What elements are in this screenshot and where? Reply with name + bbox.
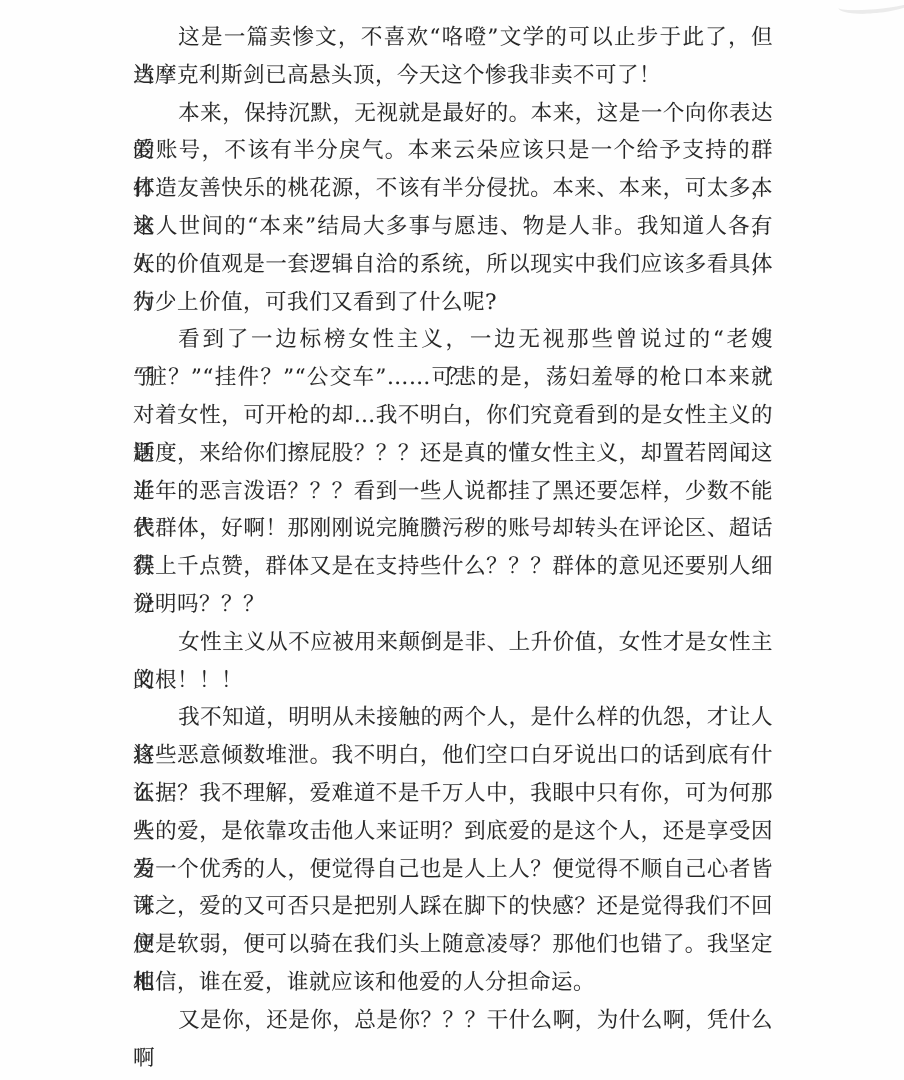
photo-smudge-artifact xyxy=(837,0,904,16)
text-line: 为少上价值，可我们又看到了什么呢? xyxy=(133,284,773,322)
text-line: 人的爱，是依靠攻击他人来证明？到底爱的是这个人，还是享受因为 xyxy=(133,813,773,851)
text-line: 打造友善快乐的桃花源，不该有半分侵扰。本来、本来，可太多本来， xyxy=(133,170,773,208)
text-line: 得上千点赞，群体又是在支持些什么？？？群体的意见还要别人细说 xyxy=(133,548,773,586)
essay-text-block: 这是一篇卖惨文，不喜欢“咯噔”文学的可以止步于此了，但当达摩克利斯剑已高悬头顶，… xyxy=(133,19,773,1040)
text-line: 这些恶意倾数堆泄。我不明白，他们空口白牙说出口的话到底有什么 xyxy=(133,737,773,775)
text-line: 我不知道，明明从未接触的两个人，是什么样的仇怨，才让人将 xyxy=(133,699,773,737)
text-line: “脏？”“挂件？”“公交车”……可悲的是，荡妇羞辱的枪口本来就 xyxy=(133,359,773,397)
text-line: 相信，谁在爱，谁就应该和他爱的人分担命运。 xyxy=(133,964,773,1002)
text-line: 这人世间的“本来”结局大多事与愿违、物是人非。我知道人各有好， xyxy=(133,208,773,246)
text-line: 又是你，还是你，总是你？？？干什么啊，为什么啊，凭什么啊 xyxy=(133,1002,773,1040)
text-line: 便是软弱，便可以骑在我们头上随意凌辱？那他们也错了。我坚定地 xyxy=(133,926,773,964)
text-line: 表群体，好啊！那刚刚说完腌臜污秽的账号却转头在评论区、超话获 xyxy=(133,510,773,548)
text-line: 人的价值观是一套逻辑自洽的系统，所以现实中我们应该多看具体行 xyxy=(133,246,773,284)
text-line: 达摩克利斯剑已高悬头顶，今天这个惨我非卖不可了！ xyxy=(133,57,773,95)
text-line: 女性主义从不应被用来颠倒是非、上升价值，女性才是女性主义 xyxy=(133,624,773,662)
text-line: 这是一篇卖惨文，不喜欢“咯噔”文学的可以止步于此了，但当 xyxy=(133,19,773,57)
text-line: 证据？我不理解，爱难道不是千万人中，我眼中只有你，可为何那些 xyxy=(133,775,773,813)
text-line: 爱一个优秀的人，便觉得自己也是人上人？便觉得不顺自己心者皆可 xyxy=(133,851,773,889)
text-line: 的根！！！ xyxy=(133,662,773,700)
text-line: 看到了一边标榜女性主义，一边无视那些曾说过的“老嫂子？” xyxy=(133,321,773,359)
document-page: 这是一篇卖惨文，不喜欢“咯噔”文学的可以止步于此了，但当达摩克利斯剑已高悬头顶，… xyxy=(0,0,904,1080)
text-line: 本来，保持沉默，无视就是最好的。本来，这是一个向你表达爱 xyxy=(133,95,773,133)
text-line: 半年的恶言泼语？？？看到一些人说都挂了黑还要怎样，少数不能代 xyxy=(133,473,773,511)
text-line: 对着女性，可开枪的却…我不明白，你们究竟看到的是女性主义的话 xyxy=(133,397,773,435)
text-line: 分明吗？？？ xyxy=(133,586,773,624)
text-line: 的账号，不该有半分戾气。本来云朵应该只是一个给予支持的群体， xyxy=(133,132,773,170)
text-line: 题度，来给你们擦屁股？？？还是真的懂女性主义，却置若罔闻这近 xyxy=(133,435,773,473)
text-line: 诛之，爱的又可否只是把别人踩在脚下的快感？还是觉得我们不回应 xyxy=(133,888,773,926)
